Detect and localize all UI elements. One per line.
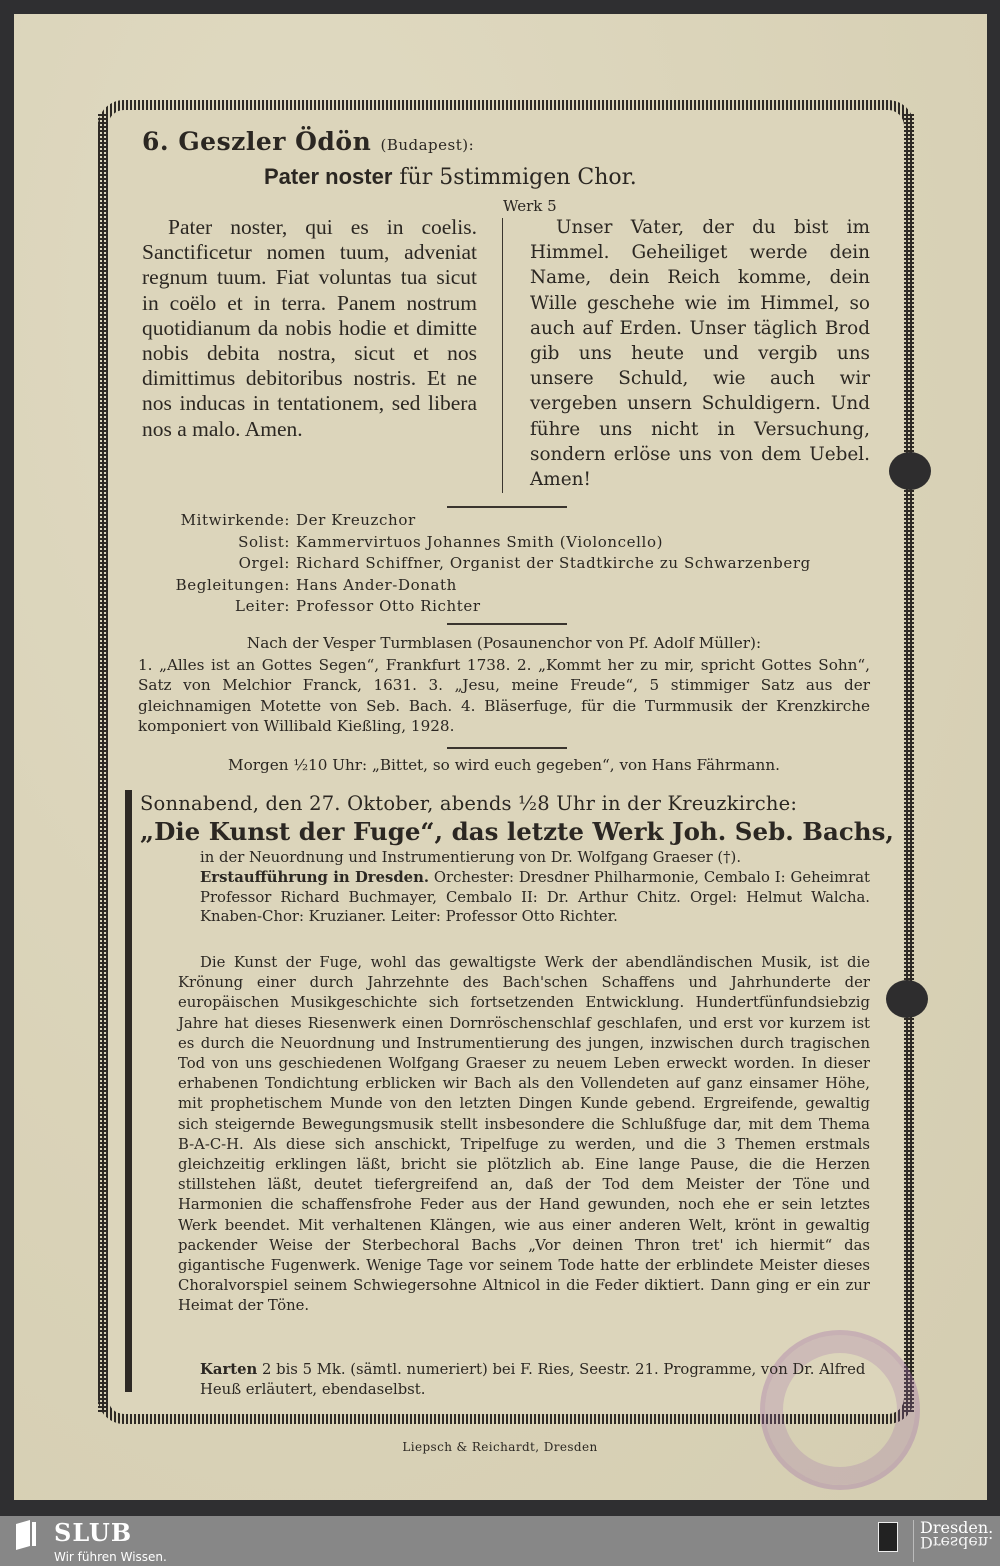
viewer-footer-bar: SLUB Wir führen Wissen. Dresden. Dresden… bbox=[0, 1516, 1000, 1566]
essay-text: Die Kunst der Fuge, wohl das gewaltigste… bbox=[178, 953, 870, 1317]
tickets-info: Karten 2 bis 5 Mk. (sämtl. numeriert) be… bbox=[200, 1360, 870, 1400]
credit-name: Kammervirtuos Johannes Smith (Violoncell… bbox=[296, 532, 663, 554]
divider-rule bbox=[447, 747, 567, 749]
credit-role: Solist: bbox=[0, 532, 296, 554]
work-title-main: Pater noster bbox=[264, 164, 392, 189]
tickets-text: 2 bis 5 Mk. (sämtl. numeriert) bei F. Ri… bbox=[200, 1361, 865, 1398]
premiere-label: Erstaufführung in Dresden. bbox=[200, 869, 429, 886]
credits-list: Mitwirkende: Der Kreuzchor Solist: Kamme… bbox=[0, 510, 811, 618]
slub-tagline: Wir führen Wissen. bbox=[54, 1550, 167, 1564]
credit-role: Mitwirkende: bbox=[0, 510, 296, 532]
frame-left-edge bbox=[98, 112, 108, 1412]
tower-music-heading: Nach der Vesper Turmblasen (Posaunenchor… bbox=[138, 633, 870, 654]
saturday-section-bar bbox=[125, 790, 132, 1392]
tower-music-list: 1. „Alles ist an Gottes Segen“, Frankfur… bbox=[138, 655, 870, 737]
divider-rule bbox=[447, 623, 567, 625]
credit-role: Begleitungen: bbox=[0, 575, 296, 597]
credit-row: Mitwirkende: Der Kreuzchor bbox=[0, 510, 811, 532]
slub-book-icon bbox=[14, 1520, 38, 1550]
program-item-heading: 6. Geszler Ödön (Budapest): bbox=[142, 127, 474, 156]
arrangement-line: in der Neuordnung und Instrumentierung v… bbox=[200, 848, 870, 868]
saturday-date-line: Sonnabend, den 27. Oktober, abends ½8 Uh… bbox=[140, 792, 872, 815]
credit-name: Hans Ander-Donath bbox=[296, 575, 457, 597]
saturday-title: „Die Kunst der Fuge“, das letzte Werk Jo… bbox=[140, 817, 872, 846]
credit-name: Professor Otto Richter bbox=[296, 596, 481, 618]
saturday-essay: Die Kunst der Fuge, wohl das gewaltigste… bbox=[178, 953, 870, 1317]
slub-logo-text[interactable]: SLUB bbox=[54, 1518, 132, 1547]
footer-divider bbox=[913, 1520, 914, 1562]
punch-hole-top bbox=[889, 452, 931, 490]
divider-rule bbox=[447, 506, 567, 508]
latin-text-column: Pater noster, qui es in coelis. Sanctifi… bbox=[142, 215, 477, 442]
tomorrow-notice: Morgen ½10 Uhr: „Bittet, so wird euch ge… bbox=[138, 756, 870, 774]
library-stamp bbox=[760, 1330, 920, 1490]
latin-text: Pater noster, qui es in coelis. Sanctifi… bbox=[142, 215, 477, 442]
work-title: Pater noster für 5stimmigen Chor. bbox=[264, 164, 637, 190]
credit-row: Orgel: Richard Schiffner, Organist der S… bbox=[0, 553, 811, 575]
credit-role: Leiter: bbox=[0, 596, 296, 618]
german-text: Unser Vater, der du bist im Himmel. Gehe… bbox=[530, 215, 870, 492]
credit-name: Richard Schiffner, Organist der Stadtkir… bbox=[296, 553, 811, 575]
punch-hole-bottom bbox=[886, 980, 928, 1018]
opus-number: Werk 5 bbox=[503, 197, 557, 215]
column-divider bbox=[502, 218, 503, 493]
tower-music-section: Nach der Vesper Turmblasen (Posaunenchor… bbox=[138, 633, 870, 737]
dresden-logo[interactable]: Dresden. Dresden. bbox=[920, 1520, 993, 1550]
credit-row: Leiter: Professor Otto Richter bbox=[0, 596, 811, 618]
item-number: 6. bbox=[142, 127, 169, 156]
frame-right-edge bbox=[904, 112, 914, 1412]
saturday-details: in der Neuordnung und Instrumentierung v… bbox=[200, 848, 870, 927]
credit-role: Orgel: bbox=[0, 553, 296, 575]
work-title-sub: für 5stimmigen Chor. bbox=[399, 165, 636, 190]
dresden-logo-mirror: Dresden. bbox=[920, 1535, 993, 1550]
dresden-coat-of-arms-icon bbox=[878, 1522, 898, 1552]
tickets-label: Karten bbox=[200, 1361, 257, 1378]
composer-place: (Budapest): bbox=[380, 136, 474, 154]
credit-row: Solist: Kammervirtuos Johannes Smith (Vi… bbox=[0, 532, 811, 554]
credit-name: Der Kreuzchor bbox=[296, 510, 416, 532]
composer-name: Geszler Ödön bbox=[178, 127, 371, 156]
credit-row: Begleitungen: Hans Ander-Donath bbox=[0, 575, 811, 597]
german-text-column: Unser Vater, der du bist im Himmel. Gehe… bbox=[530, 215, 870, 492]
printer-imprint: Liepsch & Reichardt, Dresden bbox=[0, 1440, 1000, 1454]
performers: Erstaufführung in Dresden. Orchester: Dr… bbox=[200, 868, 870, 927]
